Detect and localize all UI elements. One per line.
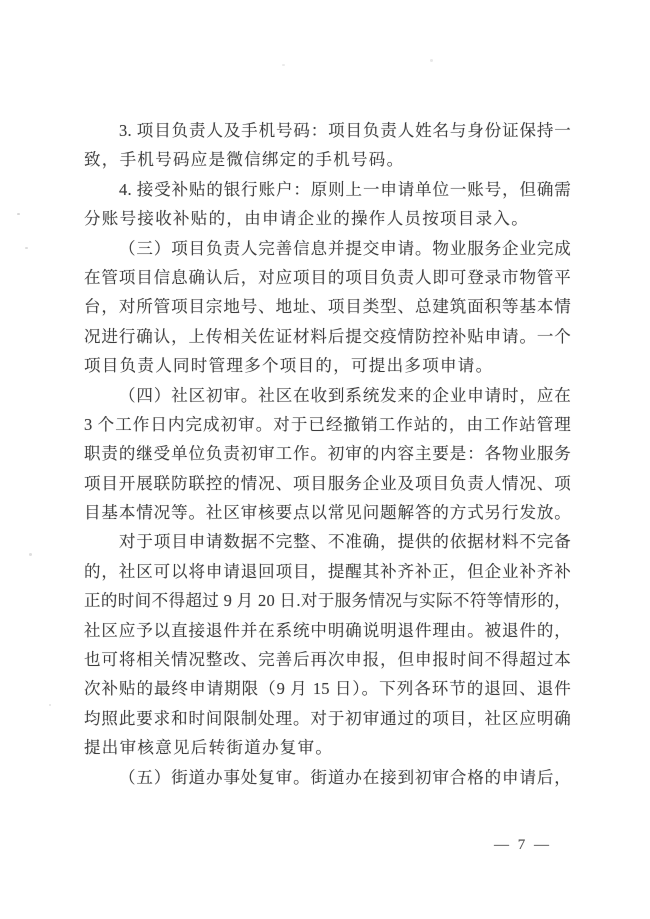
text-line: 次补贴的最终申请期限（9 月 15 日）。下列各环节的退回、退件 [84, 674, 571, 703]
text-line: 况进行确认，上传相关佐证材料后提交疫情防控补贴申请。一个 [84, 322, 571, 351]
scan-speckle [29, 553, 32, 556]
text-line: 项目负责人同时管理多个项目的，可提出多项申请。 [84, 351, 571, 380]
text-line: 4. 接受补贴的银行账户：原则上一申请单位一账号，但确需 [84, 175, 571, 204]
text-line: 提出审核意见后转街道办复审。 [84, 733, 571, 762]
text-line: 均照此要求和时间限制处理。对于初审通过的项目，社区应明确 [84, 704, 571, 733]
text-line: 正的时间不得超过 9 月 20 日.对于服务情况与实际不符等情形的， [84, 586, 571, 615]
text-line: 职责的继受单位负责初审工作。初审的内容主要是：各物业服务 [84, 439, 571, 468]
text-line: 在管项目信息确认后，对应项目的项目负责人即可登录市物管平 [84, 263, 571, 292]
text-line: 台，对所管项目宗地号、地址、项目类型、总建筑面积等基本情 [84, 292, 571, 321]
text-line: 的，社区可以将申请退回项目，提醒其补齐补正，但企业补齐补 [84, 557, 571, 586]
text-line: 社区应予以直接退件并在系统中明确说明退件理由。被退件的， [84, 616, 571, 645]
text-line: （五）街道办事处复审。街道办在接到初审合格的申请后， [84, 763, 571, 792]
page-number: — 7 — [494, 834, 552, 856]
text-line: 分账号接收补贴的，由申请企业的操作人员按项目录入。 [84, 204, 571, 233]
document-body-text: 3. 项目负责人及手机号码：项目负责人姓名与身份证保持一致，手机号码应是微信绑定… [84, 116, 571, 792]
text-line: 致，手机号码应是微信绑定的手机号码。 [84, 145, 571, 174]
scan-speckle [17, 213, 20, 215]
text-line: （四）社区初审。社区在收到系统发来的企业申请时，应在 [84, 381, 571, 410]
text-line: 也可将相关情况整改、完善后再次申报，但申报时间不得超过本 [84, 645, 571, 674]
text-line: 3 个工作日内完成初审。对于已经撤销工作站的，由工作站管理 [84, 410, 571, 439]
text-line: （三）项目负责人完善信息并提交申请。物业服务企业完成 [84, 234, 571, 263]
scan-speckle [430, 59, 433, 62]
scan-speckle [49, 704, 51, 706]
text-line: 目基本情况等。社区审核要点以常见问题解答的方式另行发放。 [84, 498, 571, 527]
text-line: 对于项目申请数据不完整、不准确，提供的依据材料不完备 [84, 527, 571, 556]
scan-speckle [25, 247, 28, 249]
document-page: 3. 项目负责人及手机号码：项目负责人姓名与身份证保持一致，手机号码应是微信绑定… [0, 0, 650, 919]
text-line: 3. 项目负责人及手机号码：项目负责人姓名与身份证保持一 [84, 116, 571, 145]
scan-speckle [282, 64, 285, 66]
text-line: 项目开展联防联控的情况、项目服务企业及项目负责人情况、项 [84, 469, 571, 498]
